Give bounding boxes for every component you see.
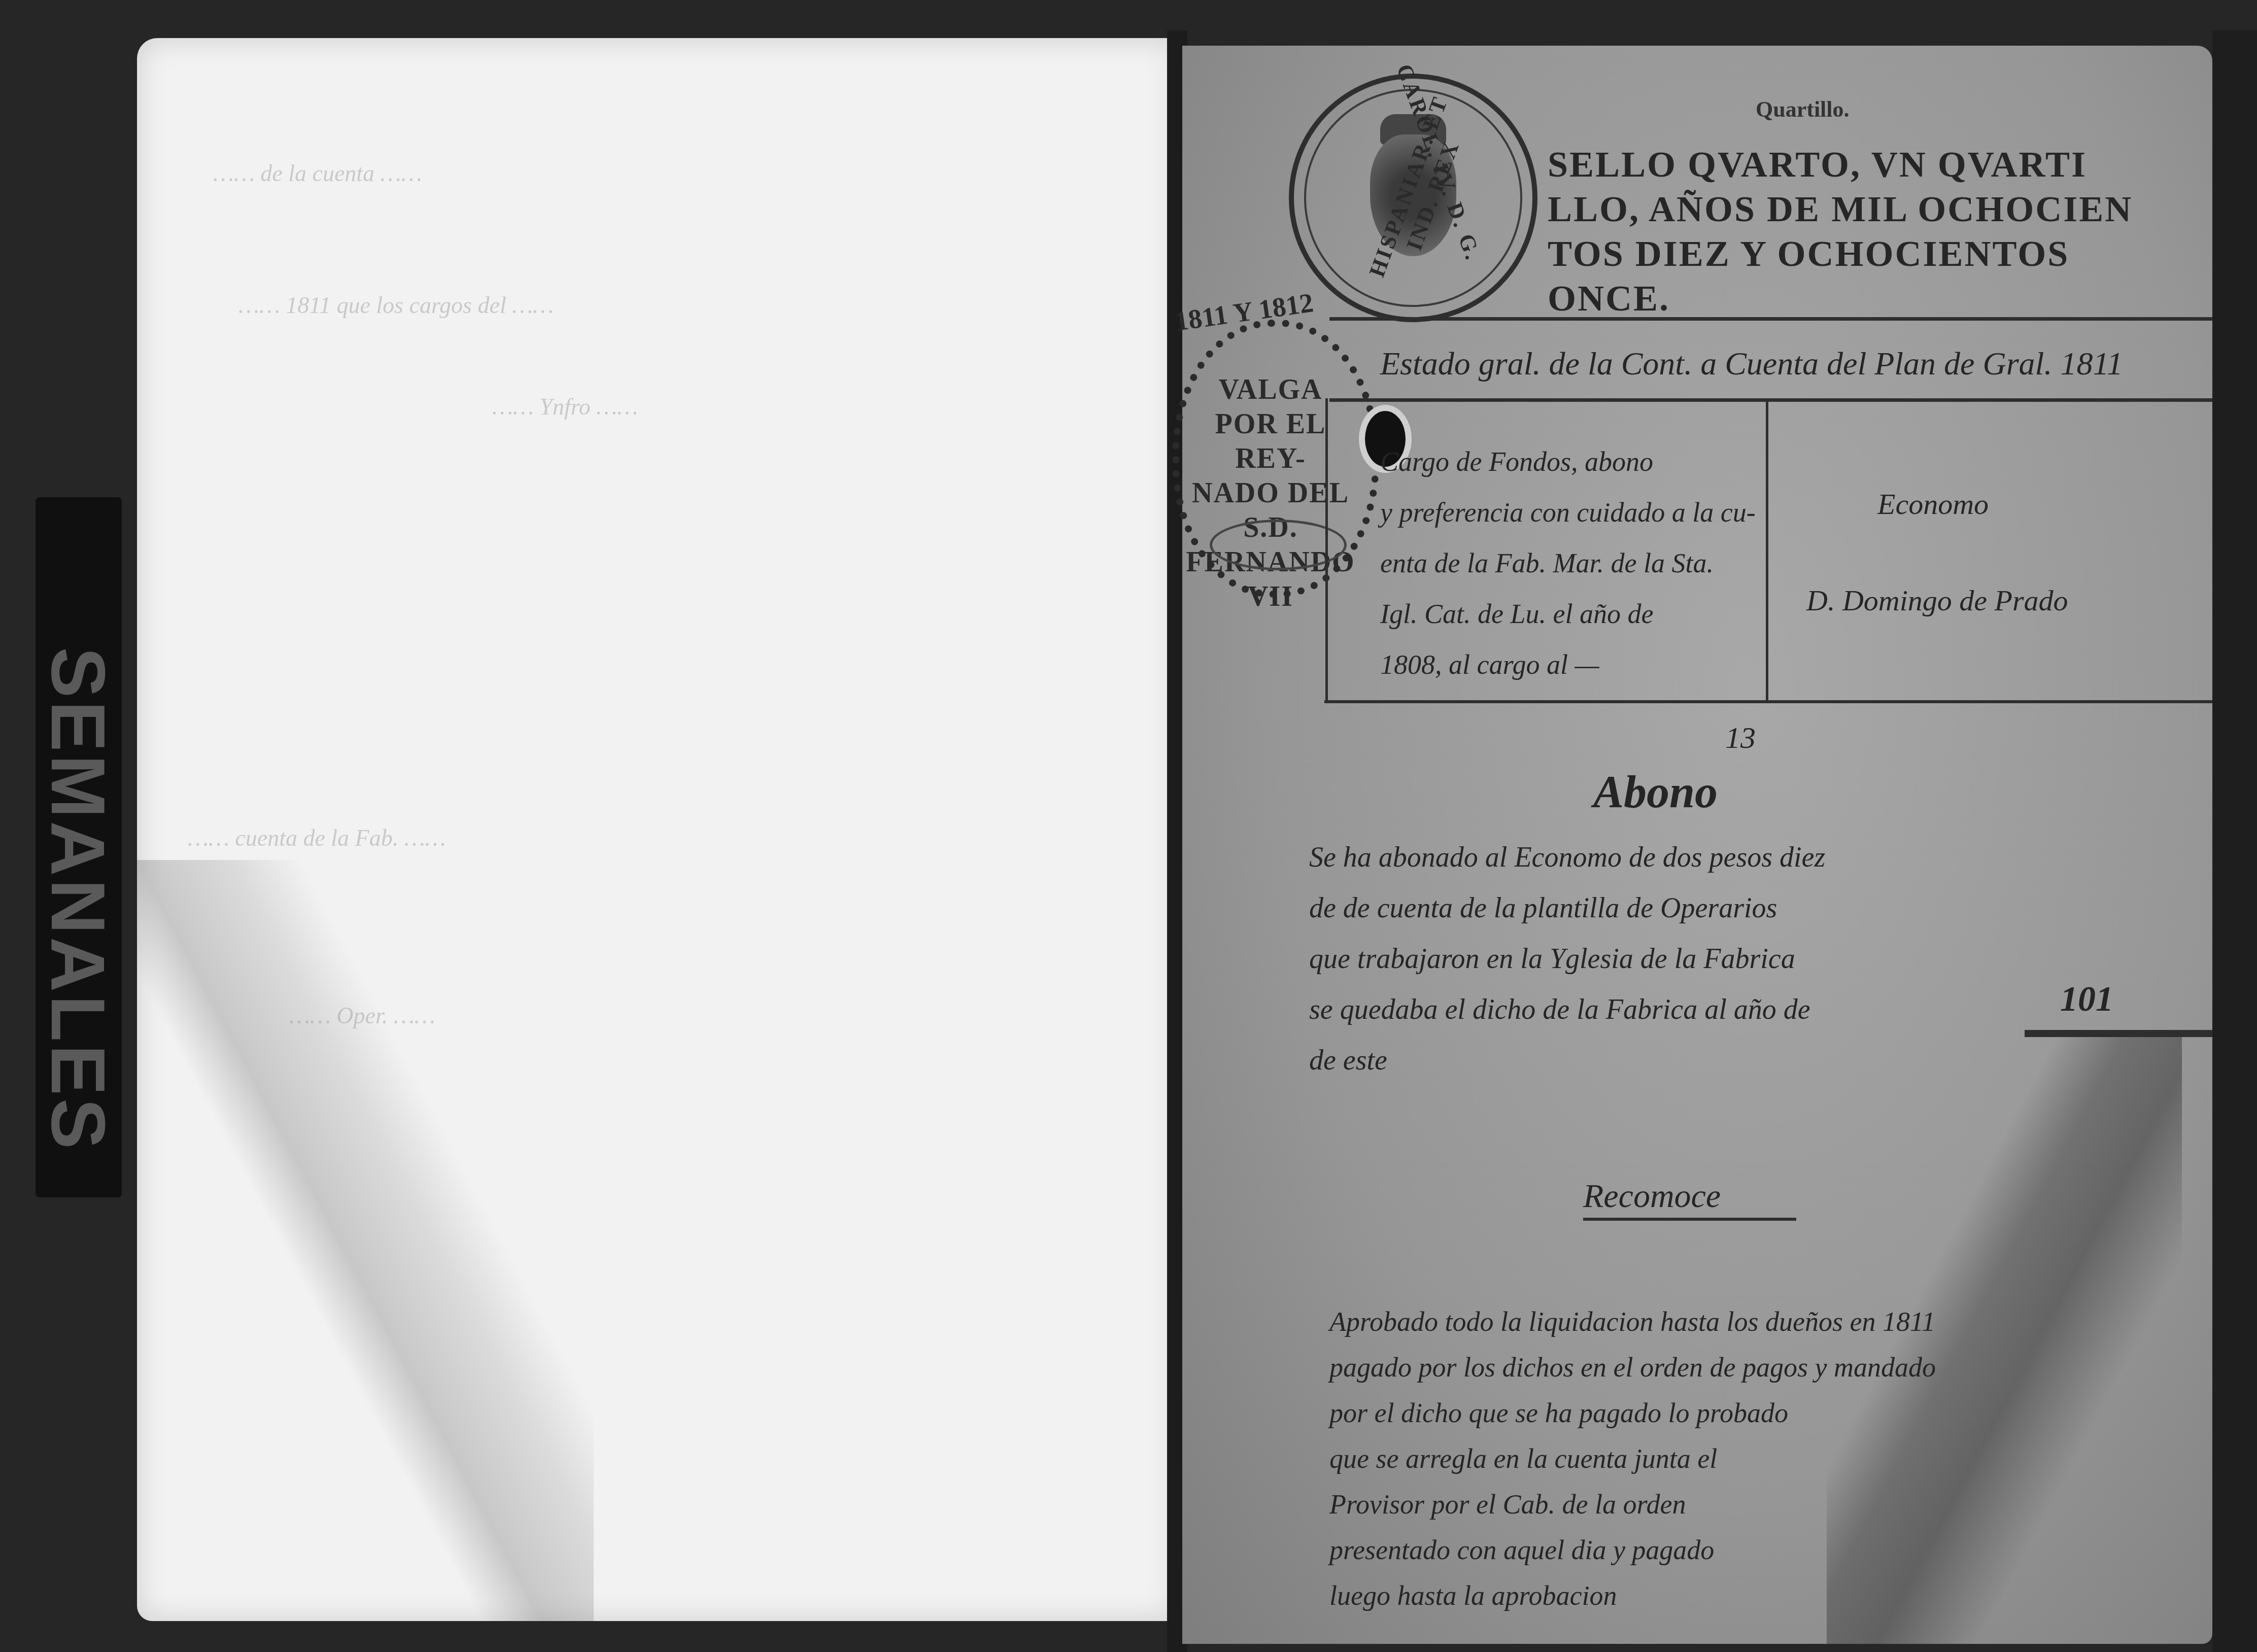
- bleed-through-text: …… de la cuenta ……: [213, 160, 422, 187]
- stamp-line: POR EL REY-: [1184, 407, 1357, 476]
- left-page: …… de la cuenta …… …… 1811 que los cargo…: [137, 38, 1177, 1621]
- second-heading: Recomoce: [1583, 1177, 1721, 1216]
- margin-amount: 101: [2060, 979, 2113, 1020]
- table-rule-mid: [1329, 398, 2212, 402]
- table-left-cell: Cargo de Fondos, abono y preferencia con…: [1380, 436, 1756, 690]
- folio-number: 13: [1725, 720, 1756, 755]
- body-line: por el dicho que se ha pagado lo probado: [1329, 1390, 1936, 1436]
- body-line: Se ha abonado al Economo de dos pesos di…: [1309, 832, 1825, 883]
- table-header-line: Estado gral. de la Cont. a Cuenta del Pl…: [1380, 345, 2123, 383]
- table-rule-top: [1329, 317, 2212, 321]
- body-line: de de cuenta de la plantilla de Operario…: [1309, 883, 1825, 934]
- table-rule-left: [1325, 398, 1328, 703]
- body-line: de este: [1309, 1035, 1825, 1086]
- bleed-through-text: …… cuenta de la Fab. ……: [188, 824, 446, 851]
- body-line: que trabajaron en la Yglesia de la Fabri…: [1309, 934, 1825, 984]
- header-line: TOS DIEZ Y OCHOCIENTOS: [1548, 231, 2157, 276]
- cell-line: Cargo de Fondos, abono: [1380, 436, 1756, 487]
- header-line: ONCE.: [1548, 276, 2157, 321]
- table-rule-divider: [1766, 398, 1768, 703]
- header-small-text: Quartillo.: [1756, 96, 1850, 122]
- film-edge: [2212, 30, 2257, 1652]
- body-line: Provisor por el Cab. de la orden: [1329, 1482, 1936, 1527]
- header-line: LLO, AÑOS DE MIL OCHOCIEN: [1548, 187, 2157, 231]
- body-line: Aprobado todo la liquidacion hasta los d…: [1329, 1299, 1936, 1345]
- body-line: pagado por los dichos en el orden de pag…: [1329, 1345, 1936, 1390]
- spine-label: ACTAS SEMANALES: [36, 497, 122, 1197]
- body-paragraph-2: Aprobado todo la liquidacion hasta los d…: [1329, 1299, 1936, 1619]
- cell-line: enta de la Fab. Mar. de la Sta.: [1380, 538, 1756, 589]
- sealed-paper-header: SELLO QVARTO, VN QVARTI LLO, AÑOS DE MIL…: [1548, 142, 2157, 321]
- cell-line: 1808, al cargo al —: [1380, 639, 1756, 690]
- valga-stamp: 1811 Y 1812 VALGA POR EL REY- NADO DEL S…: [1172, 320, 1379, 598]
- table-rule-bottom: [1324, 700, 2212, 703]
- table-right-name: D. Domingo de Prado: [1806, 583, 2068, 617]
- amount-underline: [2025, 1030, 2212, 1037]
- body-paragraph-1: Se ha abonado al Economo de dos pesos di…: [1309, 832, 1825, 1086]
- cell-line: y preferencia con cuidado a la cu-: [1380, 487, 1756, 538]
- royal-arms-stamp: HISPANIAR. ET IND. REX CAROL. IV. D. G.: [1289, 74, 1537, 322]
- cell-line: Igl. Cat. de Lu. el año de: [1380, 589, 1756, 639]
- section-heading: Abono: [1593, 766, 1718, 818]
- page-shadow-strap: [137, 860, 594, 1621]
- heading-underline: [1583, 1218, 1796, 1221]
- body-line: que se arregla en la cuenta junta el: [1329, 1436, 1936, 1482]
- bleed-through-text: …… 1811 que los cargos del ……: [238, 292, 554, 319]
- body-line: luego hasta la aprobacion: [1329, 1573, 1936, 1619]
- body-line: presentado con aquel dia y pagado: [1329, 1527, 1936, 1573]
- body-line: se quedaba el dicho de la Fabrica al año…: [1309, 984, 1825, 1035]
- header-line: SELLO QVARTO, VN QVARTI: [1548, 142, 2157, 187]
- bleed-through-text: …… Ynfro ……: [492, 393, 638, 420]
- table-right-economo: Economo: [1877, 487, 1989, 521]
- stamp-text: VALGA POR EL REY- NADO DEL S.D. FERNANDO…: [1184, 372, 1357, 614]
